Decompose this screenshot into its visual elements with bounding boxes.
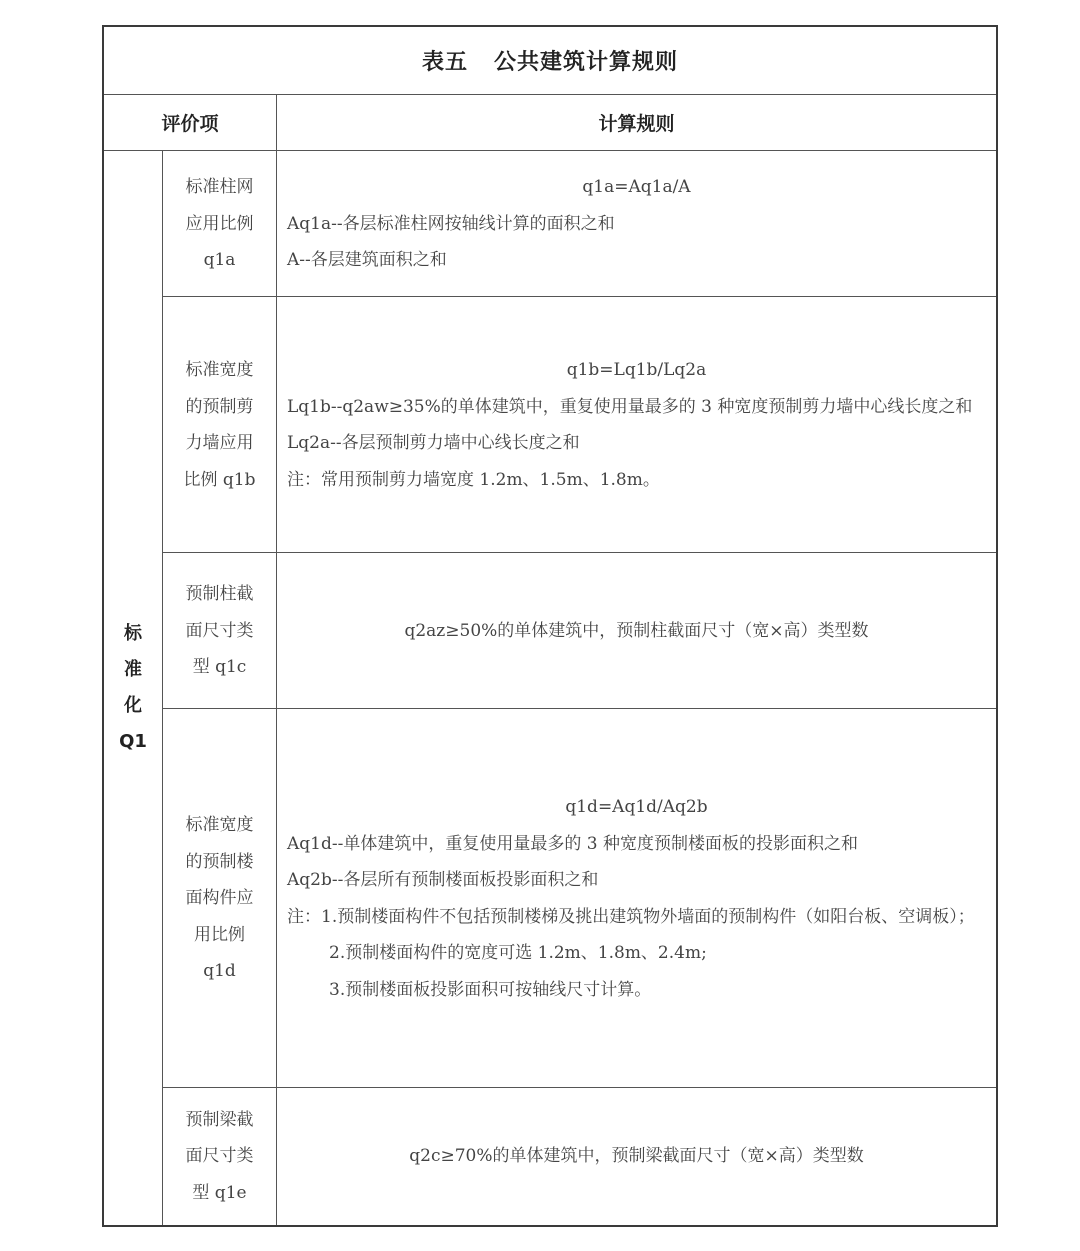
item-line: 的预制剪 [186, 389, 254, 426]
item-line: 的预制楼 [186, 844, 254, 881]
rule-note: 注：1.预制楼面构件不包括预制楼梯及挑出建筑物外墙面的预制构件（如阳台板、空调板… [287, 899, 986, 936]
rule-line: Aq2b--各层所有预制楼面板投影面积之和 [287, 862, 986, 899]
rule-line: Aq1a--各层标准柱网按轴线计算的面积之和 [287, 206, 986, 243]
rule-line: Lq1b--q2aw≥35%的单体建筑中，重复使用量最多的 3 种宽度预制剪力墙… [287, 389, 986, 426]
item-line: 标准宽度 [186, 807, 254, 844]
header-evaluation-item: 评价项 [104, 95, 276, 150]
item-line: 预制柱截 [186, 576, 254, 613]
category-standardization-q1: 标 准 化 Q1 [104, 151, 162, 1225]
item-line: 标准柱网 [186, 169, 254, 206]
table-title: 表五公共建筑计算规则 [104, 27, 996, 94]
item-line: 力墙应用 [186, 425, 254, 462]
table-row-rule-q1e: q2c≥70%的单体建筑中，预制梁截面尺寸（宽×高）类型数 [277, 1088, 996, 1225]
table-title-text: 公共建筑计算规则 [494, 45, 678, 76]
item-line: 面尺寸类 [186, 613, 254, 650]
item-line: 面构件应 [186, 880, 254, 917]
table-row-item-q1d: 标准宽度 的预制楼 面构件应 用比例 q1d [163, 709, 276, 1088]
rule-line: Aq1d--单体建筑中，重复使用量最多的 3 种宽度预制楼面板的投影面积之和 [287, 826, 986, 863]
table-row-rule-q1a: q1a=Aq1a/A Aq1a--各层标准柱网按轴线计算的面积之和 A--各层建… [277, 151, 996, 297]
item-line: q1d [203, 953, 236, 990]
table-title-prefix: 表五 [422, 45, 468, 76]
formula: q1a=Aq1a/A [287, 169, 986, 206]
item-line: 型 q1e [192, 1175, 246, 1212]
category-char: 标 [124, 616, 142, 652]
formula: q1d=Aq1d/Aq2b [287, 789, 986, 826]
category-char: 化 [124, 688, 142, 724]
table-row-rule-q1b: q1b=Lq1b/Lq2a Lq1b--q2aw≥35%的单体建筑中，重复使用量… [277, 297, 996, 553]
rule-line: Lq2a--各层预制剪力墙中心线长度之和 [287, 425, 986, 462]
item-line: 标准宽度 [186, 352, 254, 389]
table-row-rule-q1d: q1d=Aq1d/Aq2b Aq1d--单体建筑中，重复使用量最多的 3 种宽度… [277, 709, 996, 1088]
rule-line: q2az≥50%的单体建筑中，预制柱截面尺寸（宽×高）类型数 [287, 613, 986, 650]
header-calculation-rule: 计算规则 [277, 95, 996, 150]
table-row-rule-q1c: q2az≥50%的单体建筑中，预制柱截面尺寸（宽×高）类型数 [277, 553, 996, 709]
table-row-item-q1a: 标准柱网 应用比例 q1a [163, 151, 276, 297]
item-line: 预制梁截 [186, 1102, 254, 1139]
calculation-rules-table: 表五公共建筑计算规则 评价项 计算规则 标 准 化 Q1 标准柱网 应用比例 q… [102, 25, 998, 1227]
rule-note: 注：常用预制剪力墙宽度 1.2m、1.5m、1.8m。 [287, 462, 986, 499]
item-line: 型 q1c [193, 649, 247, 686]
table-row-item-q1b: 标准宽度 的预制剪 力墙应用 比例 q1b [163, 297, 276, 553]
formula: q1b=Lq1b/Lq2a [287, 352, 986, 389]
item-line: 应用比例 [186, 206, 254, 243]
category-char: Q1 [119, 724, 147, 760]
rule-note: 3.预制楼面板投影面积可按轴线尺寸计算。 [287, 972, 986, 1009]
table-row-item-q1e: 预制梁截 面尺寸类 型 q1e [163, 1088, 276, 1225]
rule-line: A--各层建筑面积之和 [287, 242, 986, 279]
item-line: 比例 q1b [184, 462, 256, 499]
rule-note: 2.预制楼面构件的宽度可选 1.2m、1.8m、2.4m; [287, 935, 986, 972]
item-line: q1a [204, 242, 236, 279]
category-char: 准 [124, 652, 142, 688]
table-row-item-q1c: 预制柱截 面尺寸类 型 q1c [163, 553, 276, 709]
rule-line: q2c≥70%的单体建筑中，预制梁截面尺寸（宽×高）类型数 [287, 1138, 986, 1175]
item-line: 面尺寸类 [186, 1138, 254, 1175]
item-line: 用比例 [194, 917, 245, 954]
